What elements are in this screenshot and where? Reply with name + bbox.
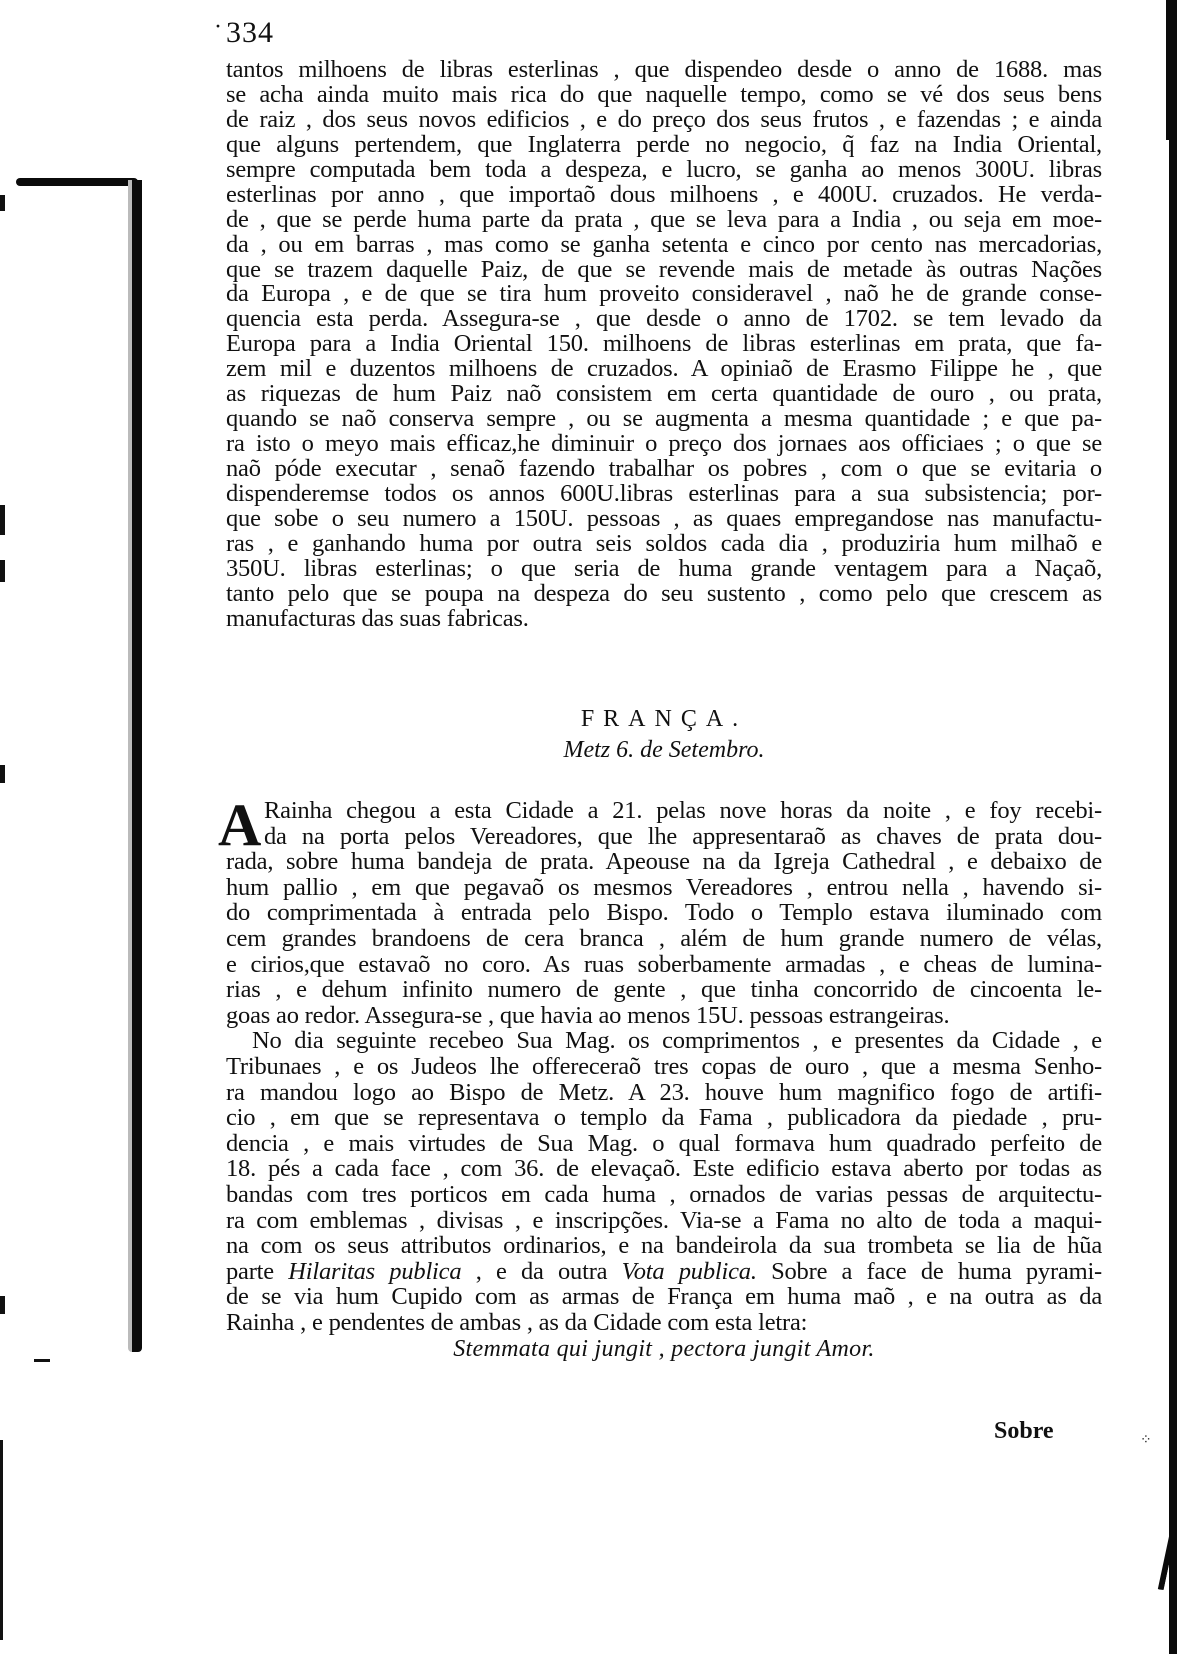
text-line: esterlinas por anno , que importaõ dous …: [226, 183, 1102, 208]
text-line: dencia , e mais virtudes de Sua Mag. o q…: [226, 1131, 1102, 1157]
text-line: da , ou em barras , mas como se ganha se…: [226, 233, 1102, 258]
text-line: de raiz , dos seus novos edificios , e d…: [226, 108, 1102, 133]
paragraph-2: No dia seguinte recebeo Sua Mag. os comp…: [226, 1028, 1102, 1363]
text-line: goas ao redor. Assegura-se , que havia a…: [226, 1003, 1102, 1029]
text-fragment: , e da outra: [461, 1258, 621, 1285]
text-line: da na porta pelos Vereadores, que lhe ap…: [226, 824, 1102, 850]
text-line: ra com emblemas , divisas , e inscripçõe…: [226, 1208, 1102, 1234]
latin-motto: Stemmata qui jungit , pectora jungit Amo…: [226, 1335, 1102, 1363]
text-line: de se via hum Cupido com as armas de Fra…: [226, 1284, 1102, 1310]
section-dateline: Metz 6. de Setembro.: [226, 737, 1102, 764]
text-line: 18. pés a cada face , com 36. de elevaça…: [226, 1156, 1102, 1182]
text-line: que sobe o seu numero a 150U. pessoas , …: [226, 507, 1102, 532]
text-line: se acha ainda muito mais rica do que naq…: [226, 83, 1102, 108]
text-line: bandas com tres porticos em cada huma , …: [226, 1182, 1102, 1208]
text-fragment: parte: [226, 1258, 288, 1285]
article-france-metz: A Rainha chegou a esta Cidade a 21. pela…: [226, 798, 1102, 1363]
text-line: que alguns pertendem, que Inglaterra per…: [226, 133, 1102, 158]
latin-phrase: Hilaritas publica: [288, 1258, 461, 1285]
latin-phrase: Vota publica.: [622, 1258, 757, 1285]
text-line: cio , em que se representava o templo da…: [226, 1105, 1102, 1131]
text-line: tanto pelo que se poupa na despeza do se…: [226, 582, 1102, 607]
scan-edge-mark: [0, 1440, 3, 1640]
text-line: 350U. libras esterlinas; o que seria de …: [226, 557, 1102, 582]
text-line: cem grandes brandoens de cera branca , a…: [226, 926, 1102, 952]
text-line: tantos milhoens de libras esterlinas , q…: [226, 58, 1102, 83]
text-line: as riquezas de hum Paiz naõ consistem em…: [226, 382, 1102, 407]
text-line: dispenderemse todos os annos 600U.libras…: [226, 482, 1102, 507]
scan-specks: ⁘: [1140, 1432, 1152, 1449]
text-line: zem mil e duzentos milhoens de cruzados.…: [226, 357, 1102, 382]
section-heading-country: FRANÇA.: [226, 706, 1102, 733]
text-line: hum pallio , em que pegavaõ os mesmos Ve…: [226, 875, 1102, 901]
drop-cap: A: [218, 800, 261, 850]
text-line: Europa para a India Oriental 150. milhoe…: [226, 332, 1102, 357]
text-line: quencia esta perda. Assegura-se , que de…: [226, 307, 1102, 332]
scan-right-border: [1169, 0, 1177, 1654]
text-line: da Europa , e de que se tira hum proveit…: [226, 282, 1102, 307]
text-fragment: Sobre a face de huma pyrami-: [757, 1258, 1102, 1285]
scan-edge-mark: [0, 765, 5, 783]
scan-edge-mark: [0, 195, 5, 211]
scan-dash-mark: [34, 1359, 50, 1362]
page-number: 334: [226, 16, 274, 50]
scan-binding-line: [128, 180, 142, 1352]
text-line: quando se naõ conserva sempre , ou se au…: [226, 407, 1102, 432]
text-line: ra isto o meyo mais efficaz,he diminuir …: [226, 432, 1102, 457]
text-line: sempre computada bem toda a despeza, e l…: [226, 158, 1102, 183]
text-line: e cirios,que estavaõ no coro. As ruas so…: [226, 952, 1102, 978]
text-line: Rainha chegou a esta Cidade a 21. pelas …: [226, 798, 1102, 824]
text-line: do comprimentada à entrada pelo Bispo. T…: [226, 900, 1102, 926]
text-line: manufacturas das suas fabricas.: [226, 607, 1102, 632]
scan-edge-mark: [0, 505, 5, 535]
text-line: rada, sobre huma bandeja de prata. Apeou…: [226, 849, 1102, 875]
scan-edge-mark: [0, 560, 5, 582]
scan-right-border: [1166, 0, 1169, 140]
text-line: de , que se perde huma parte da prata , …: [226, 208, 1102, 233]
scanned-gazette-page: ⁘ 334 tantos milhoens de libras esterlin…: [0, 0, 1177, 1654]
text-line: que se trazem daquelle Paiz, de que se r…: [226, 258, 1102, 283]
paragraph-1: A Rainha chegou a esta Cidade a 21. pela…: [226, 798, 1102, 1028]
text-line: rias , e dehum infinito numero de gente …: [226, 977, 1102, 1003]
catchword: Sobre: [994, 1418, 1054, 1445]
text-line: No dia seguinte recebeo Sua Mag. os comp…: [226, 1028, 1102, 1054]
text-line: ras , e ganhando huma por outra seis sol…: [226, 532, 1102, 557]
scan-bracket-mark: [16, 178, 138, 186]
text-line: naõ póde executar , senaõ fazendo trabal…: [226, 457, 1102, 482]
text-line: Tribunaes , e os Judeos lhe offereceraõ …: [226, 1054, 1102, 1080]
scan-edge-mark: [0, 1296, 5, 1314]
text-line: na com os seus attributos ordinarios, e …: [226, 1233, 1102, 1259]
article-england-continued: tantos milhoens de libras esterlinas , q…: [226, 58, 1102, 632]
text-line-latin: parte Hilaritas publica , e da outra Vot…: [226, 1259, 1102, 1285]
text-line: Rainha , e pendentes de ambas , as da Ci…: [226, 1310, 1102, 1336]
text-line: ra mandou logo ao Bispo de Metz. A 23. h…: [226, 1080, 1102, 1106]
